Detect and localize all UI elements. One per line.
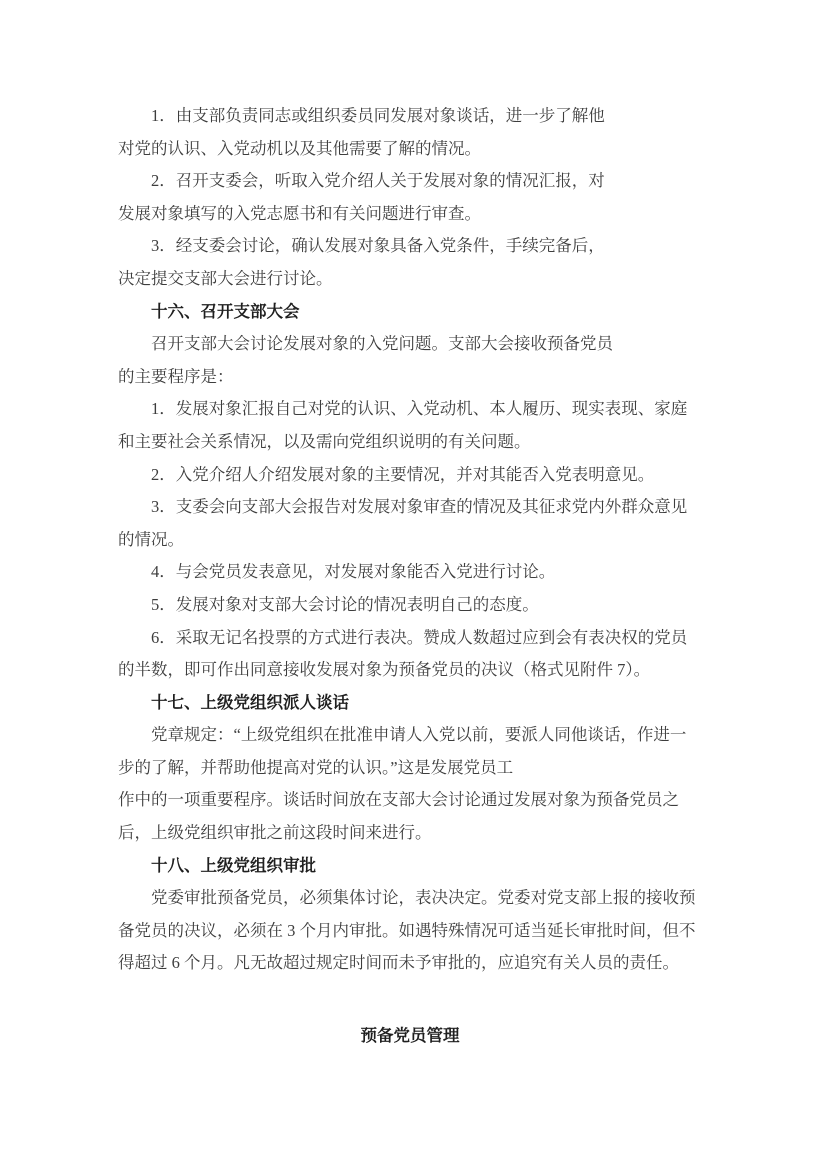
text-line: 的主要程序是：: [118, 361, 702, 394]
section-heading: 十八、上级党组织审批: [118, 850, 702, 883]
section-heading: 十六、召开支部大会: [118, 296, 702, 329]
text-line: 作中的一项重要程序。谈话时间放在支部大会讨论通过发展对象为预备党员之: [118, 784, 702, 817]
text-line: 步的了解，并帮助他提高对党的认识。”这是发展党员工: [118, 752, 702, 785]
text-line: 3．经支委会讨论，确认发展对象具备入党条件，手续完备后，: [118, 230, 702, 263]
text-line: 党章规定：“上级党组织在批准申请人入党以前，要派人同他谈话，作进一: [118, 719, 702, 752]
text-line: 1．发展对象汇报自己对党的认识、入党动机、本人履历、现实表现、家庭: [118, 393, 702, 426]
text-line: 后，上级党组织审批之前这段时间来进行。: [118, 817, 702, 850]
text-line: 和主要社会关系情况，以及需向党组织说明的有关问题。: [118, 426, 702, 459]
document-page: 1．由支部负责同志或组织委员同发展对象谈话，进一步了解他对党的认识、入党动机以及…: [0, 0, 826, 1169]
text-line: 得超过 6 个月。凡无故超过规定时间而未予审批的，应追究有关人员的责任。: [118, 947, 702, 980]
text-line: 备党员的决议，必须在 3 个月内审批。如遇特殊情况可适当延长审批时间，但不: [118, 915, 702, 948]
text-line: 4．与会党员发表意见，对发展对象能否入党进行讨论。: [118, 556, 702, 589]
text-line: 对党的认识、入党动机以及其他需要了解的情况。: [118, 133, 702, 166]
page-heading: 预备党员管理: [118, 1020, 702, 1053]
text-line: 2．入党介绍人介绍发展对象的主要情况，并对其能否入党表明意见。: [118, 459, 702, 492]
text-line: 6．采取无记名投票的方式进行表决。赞成人数超过应到会有表决权的党员: [118, 622, 702, 655]
text-line: 2．召开支委会，听取入党介绍人关于发展对象的情况汇报，对: [118, 165, 702, 198]
text-line: 5．发展对象对支部大会讨论的情况表明自己的态度。: [118, 589, 702, 622]
section-heading: 十七、上级党组织派人谈话: [118, 687, 702, 720]
text-line: 1．由支部负责同志或组织委员同发展对象谈话，进一步了解他: [118, 100, 702, 133]
text-line: 召开支部大会讨论发展对象的入党问题。支部大会接收预备党员: [118, 328, 702, 361]
text-line: 党委审批预备党员，必须集体讨论，表决决定。党委对党支部上报的接收预: [118, 882, 702, 915]
text-line: 决定提交支部大会进行讨论。: [118, 263, 702, 296]
text-line: 的半数，即可作出同意接收发展对象为预备党员的决议（格式见附件 7）。: [118, 654, 702, 687]
text-line: 3．支委会向支部大会报告对发展对象审查的情况及其征求党内外群众意见: [118, 491, 702, 524]
text-line: 发展对象填写的入党志愿书和有关问题进行审查。: [118, 198, 702, 231]
document-body: 1．由支部负责同志或组织委员同发展对象谈话，进一步了解他对党的认识、入党动机以及…: [118, 100, 702, 1053]
text-line: 的情况。: [118, 524, 702, 557]
